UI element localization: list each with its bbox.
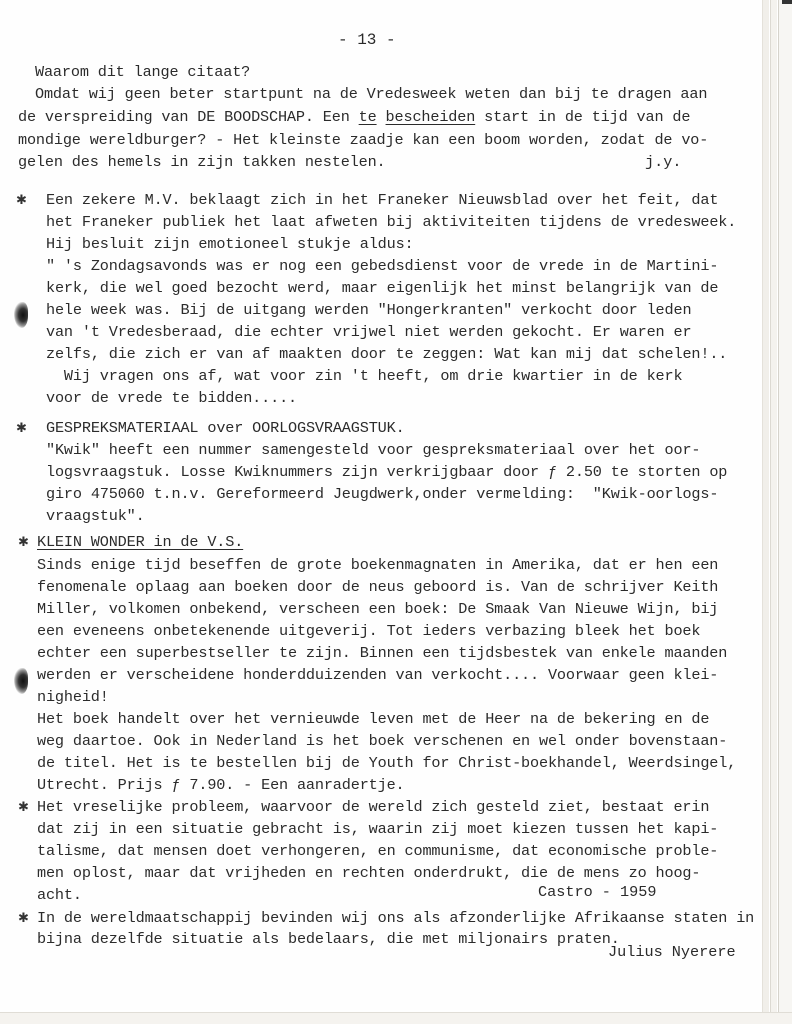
asterisk-bullet-icon: ✱: [18, 801, 29, 815]
section-1-line: Wij vragen ons af, wat voor zin 't heeft…: [46, 366, 682, 386]
intro-signature: j.y.: [645, 152, 681, 172]
intro-line: Omdat wij geen beter startpunt na de Vre…: [35, 84, 707, 104]
section-1-line: van 't Vredesberaad, die echter vrijwel …: [46, 322, 691, 342]
underlined-word: te: [359, 108, 377, 126]
paper-stack-edge: [762, 0, 769, 1015]
section-3-line: fenomenale oplaag aan boeken door de neu…: [37, 577, 718, 597]
section-3-title: KLEIN WONDER in de V.S.: [37, 532, 243, 552]
section-2-line: "Kwik" heeft een nummer samengesteld voo…: [46, 440, 700, 460]
section-3-line: echter een superbestseller te zijn. Binn…: [37, 643, 727, 663]
section-1-line: het Franeker publiek het laat afweten bi…: [46, 212, 736, 232]
punch-hole-icon: [14, 302, 28, 328]
punch-hole-icon: [14, 668, 28, 694]
section-2-line: vraagstuk".: [46, 506, 145, 526]
intro-line: de verspreiding van DE BOODSCHAP. Een te…: [18, 107, 690, 127]
section-5-line: bijna dezelfde situatie als bedelaars, d…: [37, 929, 620, 949]
intro-line: mondige wereldburger? - Het kleinste zaa…: [18, 130, 708, 150]
section-5-line: In de wereldmaatschappij bevinden wij on…: [37, 908, 754, 928]
asterisk-bullet-icon: ✱: [18, 912, 29, 926]
section-4-line: men oplost, maar dat vrijheden en rechte…: [37, 863, 700, 883]
section-4-line: talisme, dat mensen doet verhongeren, en…: [37, 841, 718, 861]
asterisk-bullet-icon: ✱: [16, 194, 27, 208]
section-2-line: logsvraagstuk. Losse Kwiknummers zijn ve…: [46, 462, 727, 482]
intro-line: gelen des hemels in zijn takken nestelen…: [18, 152, 386, 172]
section-2-title: GESPREKSMATERIAAL over OORLOGSVRAAGSTUK.: [46, 418, 405, 438]
section-3-line: weg daartoe. Ook in Nederland is het boe…: [37, 731, 727, 751]
section-4-line: acht.: [37, 885, 82, 905]
section-3-line: een eveneens onbetekenende uitgeverij. T…: [37, 621, 700, 641]
section-1-line: Hij besluit zijn emotioneel stukje aldus…: [46, 234, 414, 254]
section-4-line: dat zij in een situatie gebracht is, waa…: [37, 819, 718, 839]
quote-attribution: Castro - 1959: [538, 882, 656, 902]
section-2-line: giro 475060 t.n.v. Gereformeerd Jeugdwer…: [46, 484, 718, 504]
underlined-word: bescheiden: [386, 108, 476, 126]
section-1-line: kerk, die wel goed bezocht werd, maar ei…: [46, 278, 718, 298]
paper-bottom-edge: [0, 1012, 792, 1024]
section-3-line: nigheid!: [37, 687, 109, 707]
section-3-line: Utrecht. Prijs ƒ 7.90. - Een aanradertje…: [37, 775, 405, 795]
intro-line: Waarom dit lange citaat?: [35, 62, 250, 82]
scan-corner-shadow: [782, 0, 792, 4]
asterisk-bullet-icon: ✱: [16, 422, 27, 436]
section-3-line: Het boek handelt over het vernieuwde lev…: [37, 709, 709, 729]
section-3-line: werden er verscheidene honderdduizenden …: [37, 665, 718, 685]
section-1-line: voor de vrede te bidden.....: [46, 388, 297, 408]
paper-stack-edge: [770, 0, 777, 1018]
section-3-line: de titel. Het is te bestellen bij de You…: [37, 753, 736, 773]
section-1-line: zelfs, die zich er van af maakten door t…: [46, 344, 727, 364]
section-1-line: Een zekere M.V. beklaagt zich in het Fra…: [46, 190, 718, 210]
paper-stack-edge: [778, 0, 792, 1024]
quote-attribution: Julius Nyerere: [608, 942, 736, 962]
section-3-line: Sinds enige tijd beseffen de grote boeke…: [37, 555, 718, 575]
section-3-line: Miller, volkomen onbekend, verscheen een…: [37, 599, 718, 619]
asterisk-bullet-icon: ✱: [18, 536, 29, 550]
section-4-line: Het vreselijke probleem, waarvoor de wer…: [37, 797, 709, 817]
page-number: - 13 -: [338, 31, 396, 49]
section-1-line: " 's Zondagsavonds was er nog een gebeds…: [46, 256, 718, 276]
section-1-line: hele week was. Bij de uitgang werden "Ho…: [46, 300, 691, 320]
